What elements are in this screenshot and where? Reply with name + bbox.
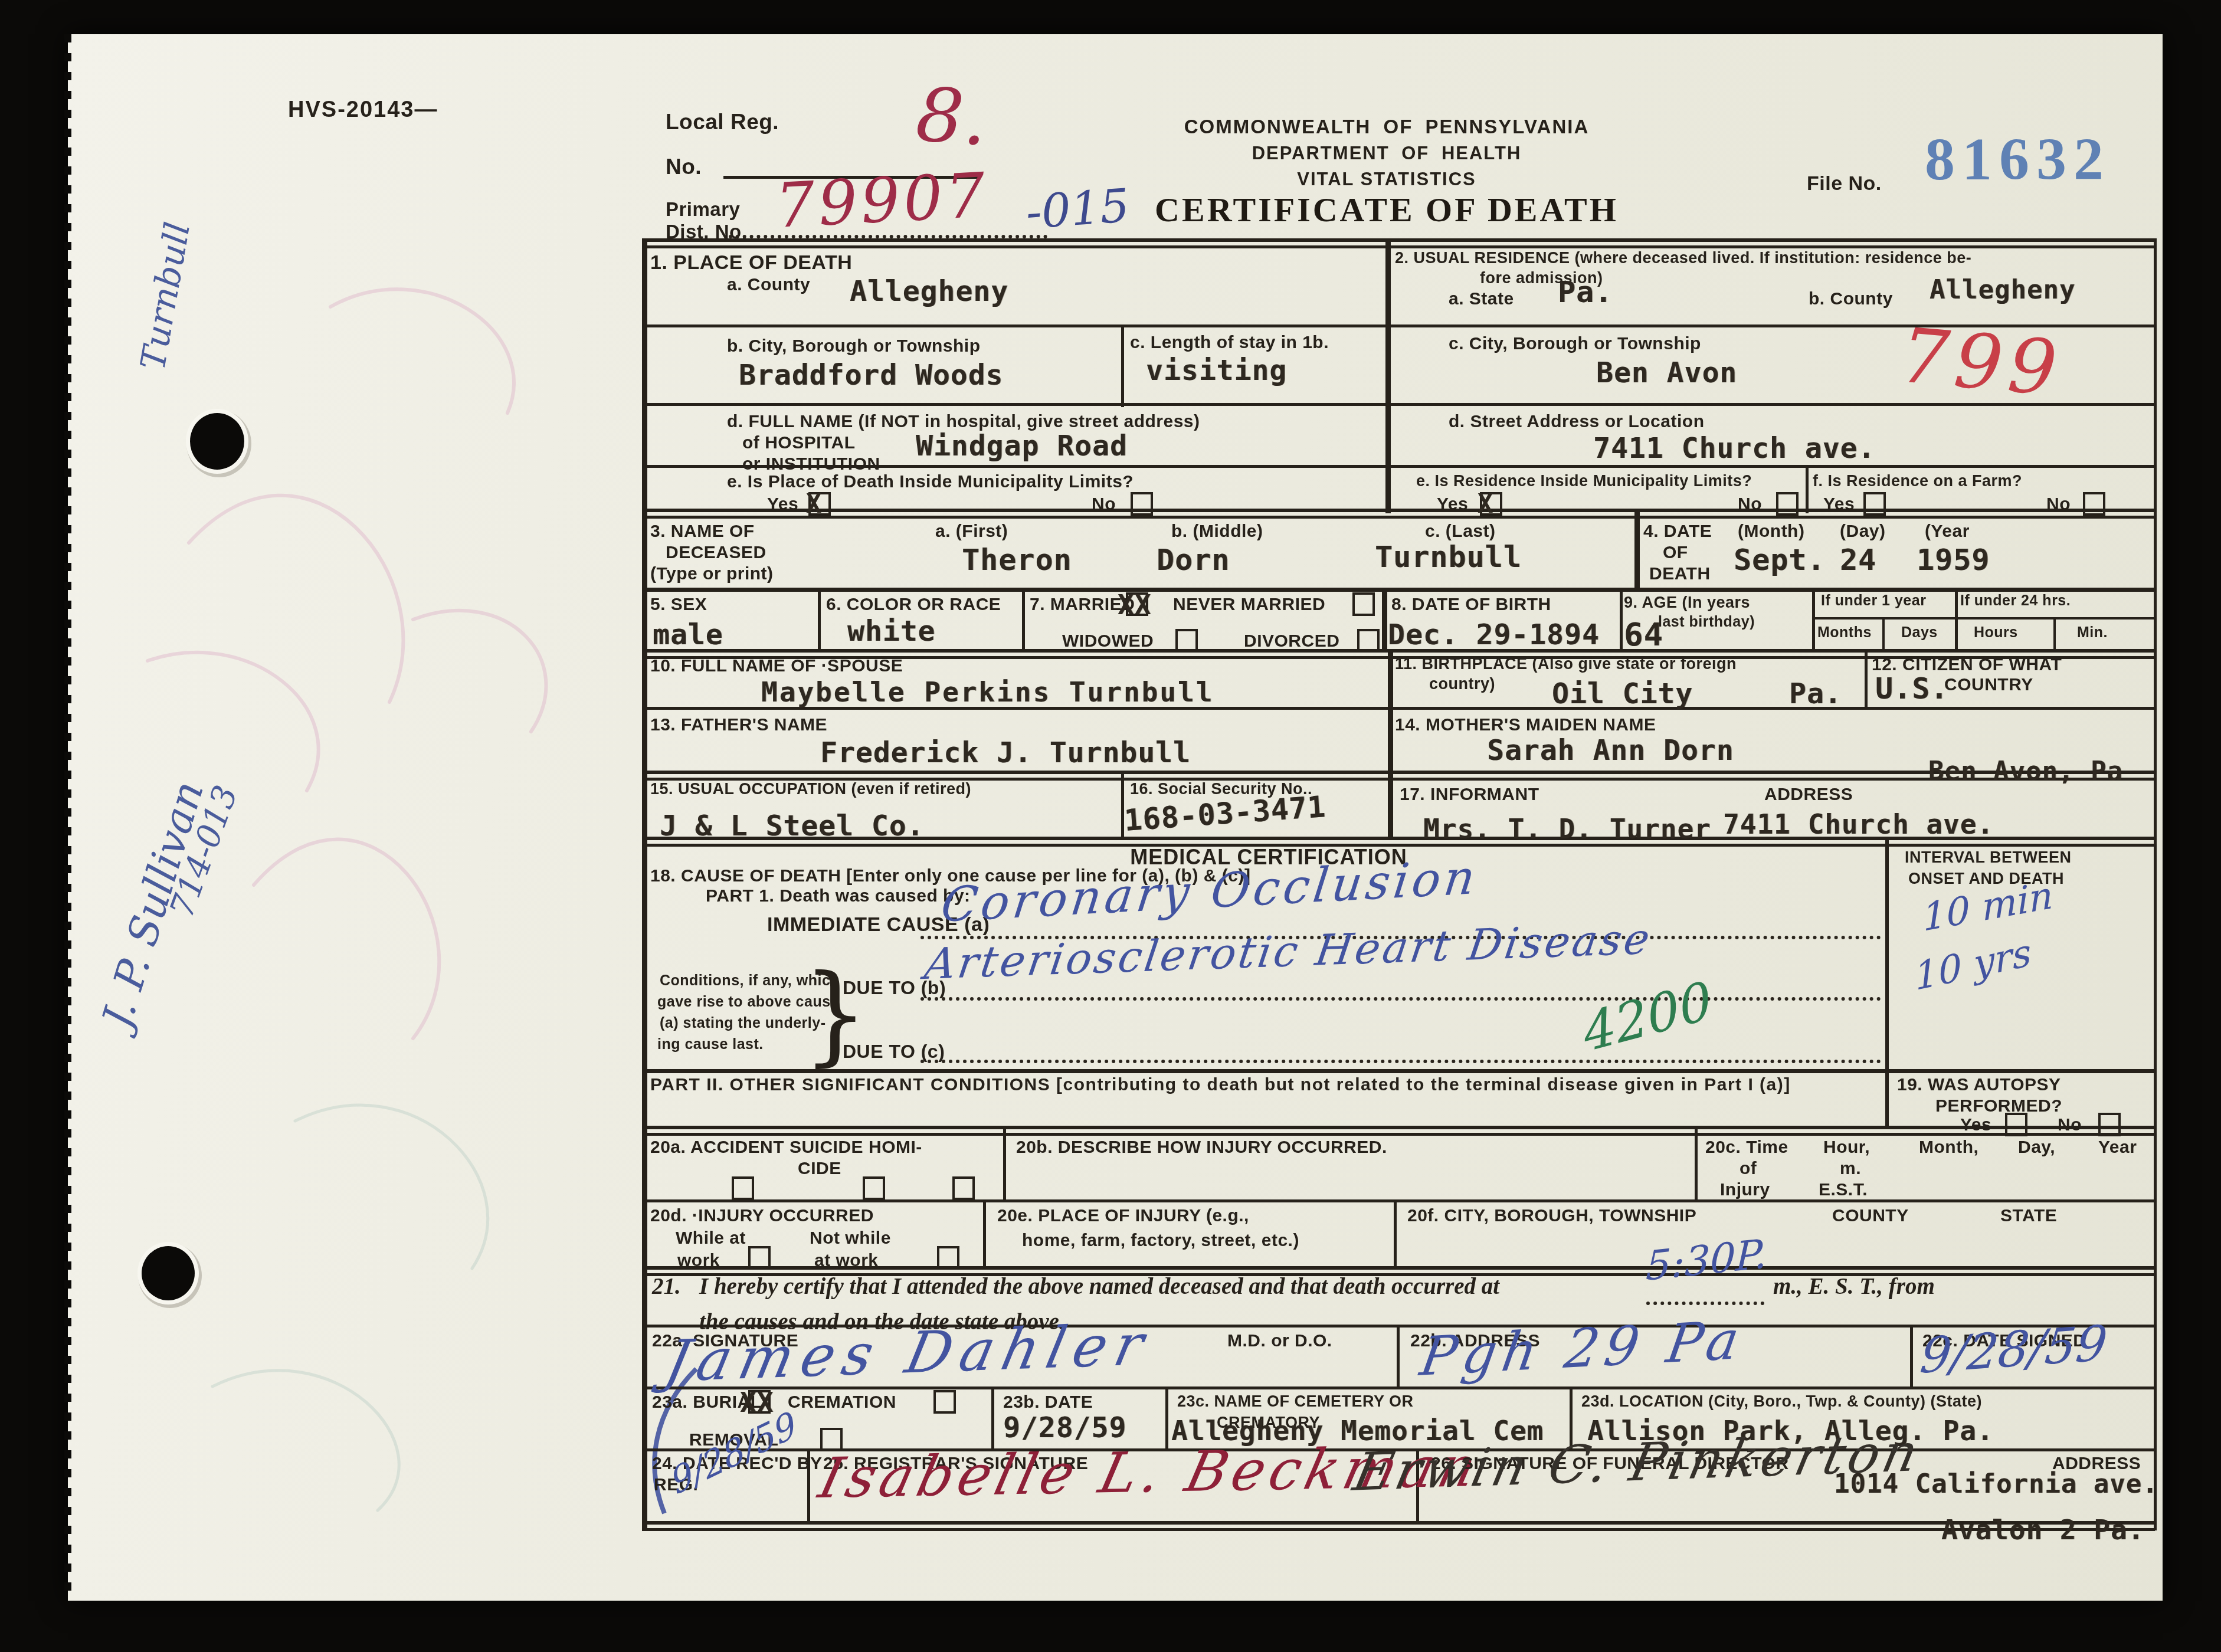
s22-md-label: M.D. or D.O. bbox=[1227, 1331, 1332, 1351]
s10-label: 10. FULL NAME OF ·SPOUSE bbox=[650, 656, 903, 676]
s2f-no-checkbox bbox=[2083, 492, 2105, 516]
s2f-label: f. Is Residence on a Farm? bbox=[1813, 472, 2022, 490]
s2-red-note: 799 bbox=[1897, 312, 2066, 414]
s20d-notwhile-checkbox bbox=[937, 1246, 959, 1270]
s4-day: 24 bbox=[1840, 543, 1876, 577]
s10-value: Maybelle Perkins Turnbull bbox=[761, 676, 1214, 708]
s1c-label: c. Length of stay in 1b. bbox=[1130, 333, 1329, 353]
s6-value: white bbox=[847, 615, 936, 648]
vital-line: VITAL STATISTICS bbox=[1157, 169, 1617, 190]
s1b-value: Braddford Woods bbox=[739, 359, 1003, 392]
s7-never-label: NEVER MARRIED bbox=[1173, 595, 1325, 615]
s13-value: Frederick J. Turnbull bbox=[820, 736, 1191, 769]
s4-l3: DEATH bbox=[1649, 564, 1711, 584]
s9-hours-label: Hours bbox=[1974, 624, 2018, 641]
s18-interval1: INTERVAL BETWEEN bbox=[1905, 848, 2072, 867]
dist-no-suffix: -015 bbox=[1024, 179, 1131, 240]
s2d-value: 7411 Church ave. bbox=[1593, 432, 1875, 465]
s14-value: Sarah Ann Dorn bbox=[1487, 734, 1734, 767]
s20b-label: 20b. DESCRIBE HOW INJURY OCCURRED. bbox=[1016, 1138, 1387, 1158]
s1a-value: Allegheny bbox=[850, 275, 1008, 308]
s12-label2: COUNTRY bbox=[1944, 675, 2033, 695]
s4-year-label: (Year bbox=[1925, 522, 1970, 542]
no-label: No. bbox=[666, 155, 702, 179]
s21-number: 21. bbox=[652, 1273, 681, 1300]
file-no-label: File No. bbox=[1807, 172, 1882, 195]
s20d-atwork: at work bbox=[814, 1251, 879, 1271]
s9-under1-label: If under 1 year bbox=[1821, 592, 1926, 609]
s2f-yes-label: Yes bbox=[1823, 494, 1855, 514]
s2e-label: e. Is Residence Inside Municipality Limi… bbox=[1416, 472, 1752, 490]
s20c-hour: Hour, bbox=[1823, 1138, 1870, 1158]
commonwealth-line: COMMONWEALTH OF PENNSYLVANIA bbox=[1157, 116, 1617, 138]
s17-label: 17. INFORMANT bbox=[1400, 785, 1539, 805]
s20c-month: Month, bbox=[1919, 1138, 1978, 1158]
s4-l2: OF bbox=[1663, 543, 1688, 563]
s1d-label3: or INSTITUTION bbox=[742, 454, 880, 474]
s7-divorced-label: DIVORCED bbox=[1244, 631, 1339, 651]
s3c-label: c. (Last) bbox=[1425, 522, 1496, 542]
s20c-injury: Injury bbox=[1720, 1180, 1770, 1200]
s19-yes-checkbox bbox=[2005, 1113, 2027, 1136]
local-reg-label: Local Reg. bbox=[666, 110, 779, 135]
s7-widowed-checkbox bbox=[1175, 629, 1198, 653]
s2e-yes-checkbox bbox=[1480, 492, 1502, 516]
s1d-label: d. FULL NAME (If NOT in hospital, give s… bbox=[727, 412, 1200, 432]
s13-label: 13. FATHER'S NAME bbox=[650, 715, 827, 735]
department-line: DEPARTMENT OF HEALTH bbox=[1157, 143, 1617, 164]
s2f-yes-checkbox bbox=[1863, 492, 1886, 516]
s1e-no-checkbox bbox=[1131, 492, 1153, 516]
s20a-suicide-checkbox bbox=[863, 1176, 885, 1200]
s19-no-checkbox bbox=[2098, 1113, 2121, 1136]
s20a-label: 20a. ACCIDENT SUICIDE HOMI- bbox=[650, 1138, 922, 1158]
punch-hole-top bbox=[190, 413, 244, 470]
s23b-label: 23b. DATE bbox=[1003, 1392, 1093, 1412]
s1e-yes-label: Yes bbox=[767, 494, 798, 514]
s1e-no-label: No bbox=[1092, 494, 1116, 514]
primary-label: Primary bbox=[666, 198, 740, 221]
s3-title2: DECEASED bbox=[666, 543, 766, 563]
s7-widowed-label: WIDOWED bbox=[1062, 631, 1154, 651]
s4-l1: 4. DATE bbox=[1643, 522, 1712, 542]
s1e-label: e. Is Place of Death Inside Municipality… bbox=[727, 472, 1134, 492]
s20c-m: m. bbox=[1840, 1159, 1861, 1179]
s1d-label2: of HOSPITAL bbox=[742, 433, 856, 453]
s2c-value: Ben Avon bbox=[1596, 356, 1737, 389]
s17-address-label: ADDRESS bbox=[1764, 785, 1853, 805]
s2d-label: d. Street Address or Location bbox=[1449, 412, 1704, 432]
s18-cond4: ing cause last. bbox=[657, 1036, 764, 1053]
s4-day-label: (Day) bbox=[1840, 522, 1886, 542]
s6-label: 6. COLOR OR RACE bbox=[826, 595, 1001, 615]
s2b-label: b. County bbox=[1809, 289, 1893, 309]
s2c-label: c. City, Borough or Township bbox=[1449, 334, 1701, 354]
s19-yes-label: Yes bbox=[1960, 1115, 1991, 1135]
s4-month-label: (Month) bbox=[1738, 522, 1804, 542]
s3-middle: Dorn bbox=[1157, 543, 1230, 577]
s14-label: 14. MOTHER'S MAIDEN NAME bbox=[1395, 715, 1656, 735]
s1b-label: b. City, Borough or Township bbox=[727, 336, 981, 356]
s20d-label: 20d. ·INJURY OCCURRED bbox=[650, 1206, 874, 1226]
s8-value: Dec. 29-1894 bbox=[1388, 618, 1600, 651]
s2e-no-checkbox bbox=[1776, 492, 1799, 516]
s3-first: Theron bbox=[962, 543, 1072, 577]
s4-month: Sept. bbox=[1734, 543, 1826, 577]
s3-last: Turnbull bbox=[1375, 540, 1522, 574]
s18-cond3: (a) stating the underly- bbox=[660, 1015, 825, 1032]
s23d-label: 23d. LOCATION (City, Boro., Twp. & Count… bbox=[1581, 1392, 1982, 1411]
s15-value: J & L Steel Co. bbox=[660, 809, 924, 843]
s20f-state: STATE bbox=[2000, 1206, 2057, 1226]
s20e-label2: home, farm, factory, street, etc.) bbox=[1022, 1231, 1299, 1251]
s8-label: 8. DATE OF BIRTH bbox=[1391, 595, 1551, 615]
s26-address1: 1014 California ave. bbox=[1834, 1469, 2158, 1499]
s3-title1: 3. NAME OF bbox=[650, 522, 755, 542]
s23a-cremation-label: CREMATION bbox=[788, 1392, 896, 1412]
s3b-label: b. (Middle) bbox=[1171, 522, 1263, 542]
s20a-accident-checkbox bbox=[732, 1176, 754, 1200]
s20c-est: E.S.T. bbox=[1819, 1180, 1868, 1200]
s18-part1: PART 1. Death was caused by: bbox=[706, 886, 971, 906]
s20a-homicide-checkbox bbox=[952, 1176, 975, 1200]
s26-address2: Avalon 2 Pa. bbox=[1941, 1514, 2144, 1546]
file-number-stamp: 81632 bbox=[1925, 125, 2111, 194]
s17-address-value: 7411 Church ave. bbox=[1723, 808, 1994, 840]
s20f-label: 20f. CITY, BOROUGH, TOWNSHIP bbox=[1407, 1206, 1696, 1226]
s9-months-label: Months bbox=[1817, 624, 1872, 641]
s2a-label: a. State bbox=[1449, 289, 1514, 309]
s1d-value: Windgap Road bbox=[916, 430, 1128, 463]
s2-title: 2. USUAL RESIDENCE (where deceased lived… bbox=[1395, 249, 1971, 267]
s23c-label1: 23c. NAME OF CEMETERY OR bbox=[1177, 1392, 1414, 1411]
s1e-yes-checkbox bbox=[808, 492, 831, 516]
s5-label: 5. SEX bbox=[650, 595, 707, 615]
s14-overflow-note: Ben Avon, Pa bbox=[1928, 756, 2123, 786]
s2a-value: Pa. bbox=[1558, 275, 1613, 309]
torn-edge bbox=[64, 34, 71, 1601]
s7-married-mark: XX bbox=[1118, 589, 1151, 621]
s3a-label: a. (First) bbox=[935, 522, 1008, 542]
s20c-label: 20c. Time bbox=[1705, 1138, 1788, 1158]
s20f-county: COUNTY bbox=[1832, 1206, 1909, 1226]
s1c-value: visiting bbox=[1146, 354, 1287, 387]
s17-value: Mrs. T. D. Turner bbox=[1423, 813, 1711, 845]
s21-text1: I hereby certify that I attended the abo… bbox=[699, 1273, 1499, 1300]
s18-part2: PART II. OTHER SIGNIFICANT CONDITIONS [c… bbox=[650, 1075, 1791, 1095]
s20d-notwhile: Not while bbox=[810, 1228, 891, 1248]
s7-divorced-checkbox bbox=[1357, 629, 1380, 653]
s11-label2: country) bbox=[1429, 675, 1495, 693]
certificate-title: CERTIFICATE OF DEATH bbox=[1145, 190, 1629, 230]
s2b-value: Allegheny bbox=[1930, 275, 2075, 305]
s23b-value: 9/28/59 bbox=[1003, 1411, 1126, 1444]
s20d-work: work bbox=[677, 1251, 720, 1271]
s9-days-label: Days bbox=[1901, 624, 1938, 641]
dist-no-value: 79907 bbox=[774, 159, 991, 242]
punch-hole-bottom bbox=[142, 1246, 195, 1300]
s20d-whileat-checkbox bbox=[748, 1246, 771, 1270]
s20c-of: of bbox=[1740, 1159, 1757, 1179]
s5-value: male bbox=[653, 618, 723, 651]
s4-year: 1959 bbox=[1917, 543, 1990, 577]
s20c-year: Year bbox=[2098, 1138, 2137, 1158]
s20e-label: 20e. PLACE OF INJURY (e.g., bbox=[997, 1206, 1249, 1226]
s19-label2: PERFORMED? bbox=[1935, 1096, 2062, 1116]
s11-state: Pa. bbox=[1789, 677, 1842, 710]
s9-label1: 9. AGE (In years bbox=[1624, 594, 1750, 612]
s11-city: Oil City bbox=[1552, 677, 1693, 710]
s9-value: 64 bbox=[1624, 616, 1663, 653]
s2e-yes-label: Yes bbox=[1437, 494, 1468, 514]
s20d-whileat: While at bbox=[676, 1228, 746, 1248]
s19-label1: 19. WAS AUTOPSY bbox=[1897, 1075, 2061, 1095]
s19-no-label: No bbox=[2058, 1115, 2082, 1135]
s23a-cremation-checkbox bbox=[933, 1390, 956, 1414]
s20a-label2: CIDE bbox=[798, 1159, 841, 1179]
s2f-no-label: No bbox=[2046, 494, 2071, 514]
s12-value: U.S. bbox=[1875, 671, 1948, 706]
s20c-day: Day, bbox=[2018, 1138, 2055, 1158]
s1a-label: a. County bbox=[727, 275, 810, 295]
s9-label2: last birthday) bbox=[1658, 614, 1755, 631]
s11-label1: 11. BIRTHPLACE (Also give state or forei… bbox=[1395, 655, 1737, 673]
s9-under24-label: If under 24 hrs. bbox=[1960, 592, 2071, 609]
s1-title: 1. PLACE OF DEATH bbox=[650, 251, 852, 274]
s21-text2: m., E. S. T., from bbox=[1773, 1273, 1935, 1300]
local-reg-value: 8. bbox=[913, 71, 990, 162]
s15-label: 15. USUAL OCCUPATION (even if retired) bbox=[650, 780, 971, 798]
s7-never-checkbox bbox=[1352, 592, 1375, 616]
form-number: HVS-20143— bbox=[288, 97, 438, 123]
s3-title3: (Type or print) bbox=[650, 564, 774, 584]
s9-min-label: Min. bbox=[2077, 624, 2108, 641]
s2e-no-label: No bbox=[1738, 494, 1762, 514]
